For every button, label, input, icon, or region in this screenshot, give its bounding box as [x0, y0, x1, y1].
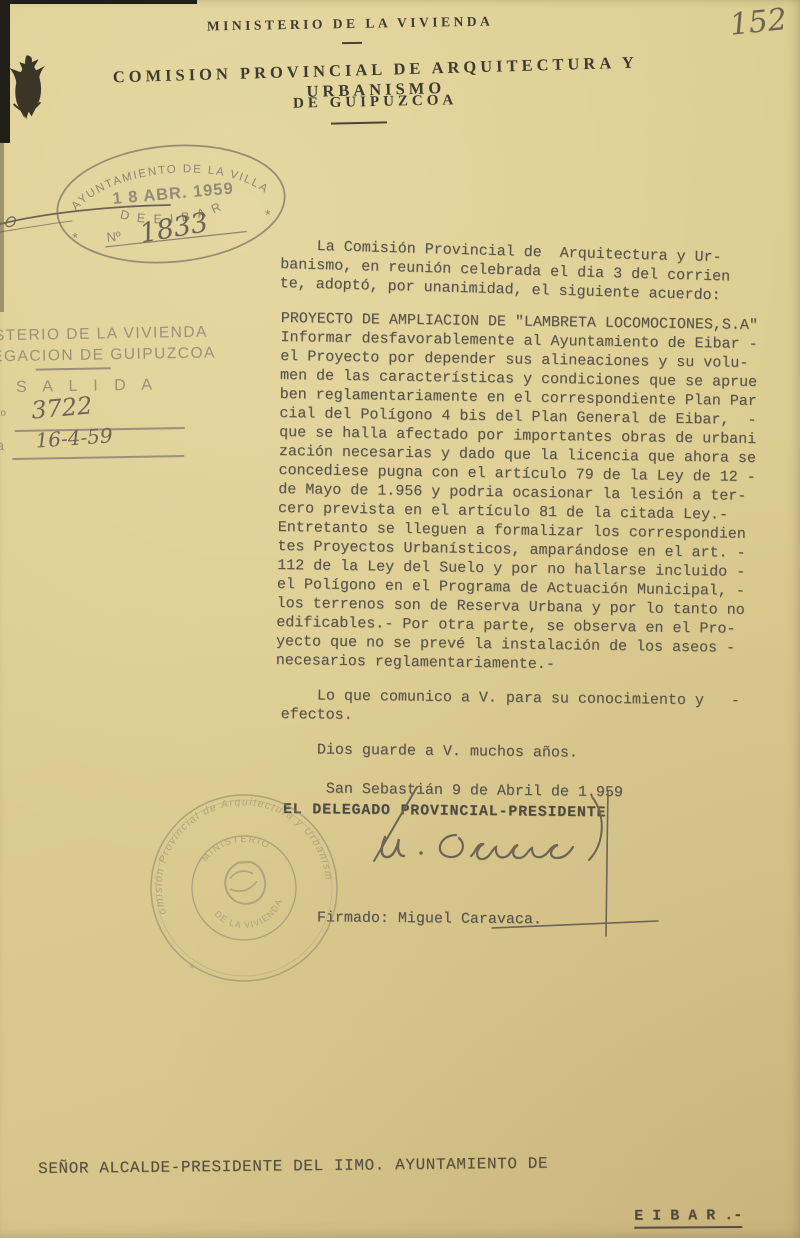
eagle-emblem-icon [6, 48, 48, 122]
salida-delegation: DELEGACION DE GUIPUZCOA [0, 344, 216, 367]
salida-underline-3 [12, 455, 184, 460]
round-stamp-star: * [188, 960, 196, 976]
stamp-star-right: * [265, 206, 272, 222]
svg-text:DE LA VIVIENDA: DE LA VIVIENDA [211, 895, 288, 936]
letterhead-divider [331, 121, 387, 124]
salida-number-label: Nº [0, 407, 6, 423]
salida-number-handwritten: 3722 [30, 391, 93, 424]
addressee-city-text: E I B A R .- [634, 1207, 742, 1229]
addressee-city: E I B A R .- [598, 1187, 742, 1238]
signer-title: EL DELEGADO PROVINCIAL-PRESIDENTE [283, 800, 607, 822]
round-stamp-crest [221, 858, 269, 908]
folio-number: 152 [728, 2, 789, 43]
round-stamp-inner-bottom: DE LA VIVIENDA [211, 895, 288, 936]
salida-date-label: Fecha [0, 437, 4, 454]
dateline: San Sebastián 9 de Abril de 1.959 [281, 779, 623, 802]
commission-round-stamp: Comisión Provincial de Arquitectura y Ur… [128, 772, 360, 1004]
resolution-paragraph: PROYECTO DE AMPLIACION DE "LAMBRETA LOCO… [276, 309, 758, 677]
salida-ministry: MINISTERIO DE LA VIVIENDA [0, 324, 208, 346]
ministry-title: MINISTERIO DE LA VIVIENDA [160, 13, 540, 36]
salida-date-handwritten: 16-4-59 [35, 423, 114, 452]
scan-edge-top [0, 0, 197, 4]
intro-paragraph: La Comisión Provincial de Arquitectura y… [279, 236, 730, 306]
ministry-divider [342, 42, 362, 44]
scanned-letter-page: MINISTERIO DE LA VIVIENDA COMISION PROVI… [0, 0, 800, 1238]
salida-underline-1 [36, 367, 111, 370]
scan-edge-left-fade [0, 142, 4, 312]
closing-paragraph: Lo que comunico a V. para su conocimient… [281, 686, 741, 730]
salida-stamp: MINISTERIO DE LA VIVIENDA DELEGACION DE … [0, 323, 238, 478]
addressee-line: SEÑOR ALCALDE-PRESIDENTE DEL IIMO. AYUNT… [38, 1155, 548, 1179]
stamp-number-label: Nº [106, 229, 122, 245]
salutation-line: Dios guarde a V. muchos años. [281, 740, 578, 763]
stamp-star-left: * [72, 229, 79, 245]
round-stamp-inner-top: MINISTERIO [197, 827, 274, 865]
svg-text:MINISTERIO: MINISTERIO [197, 827, 274, 865]
entry-registry-stamp: AYUNTAMIENTO DE LA VILLA D E E I B A R 1… [47, 132, 295, 276]
